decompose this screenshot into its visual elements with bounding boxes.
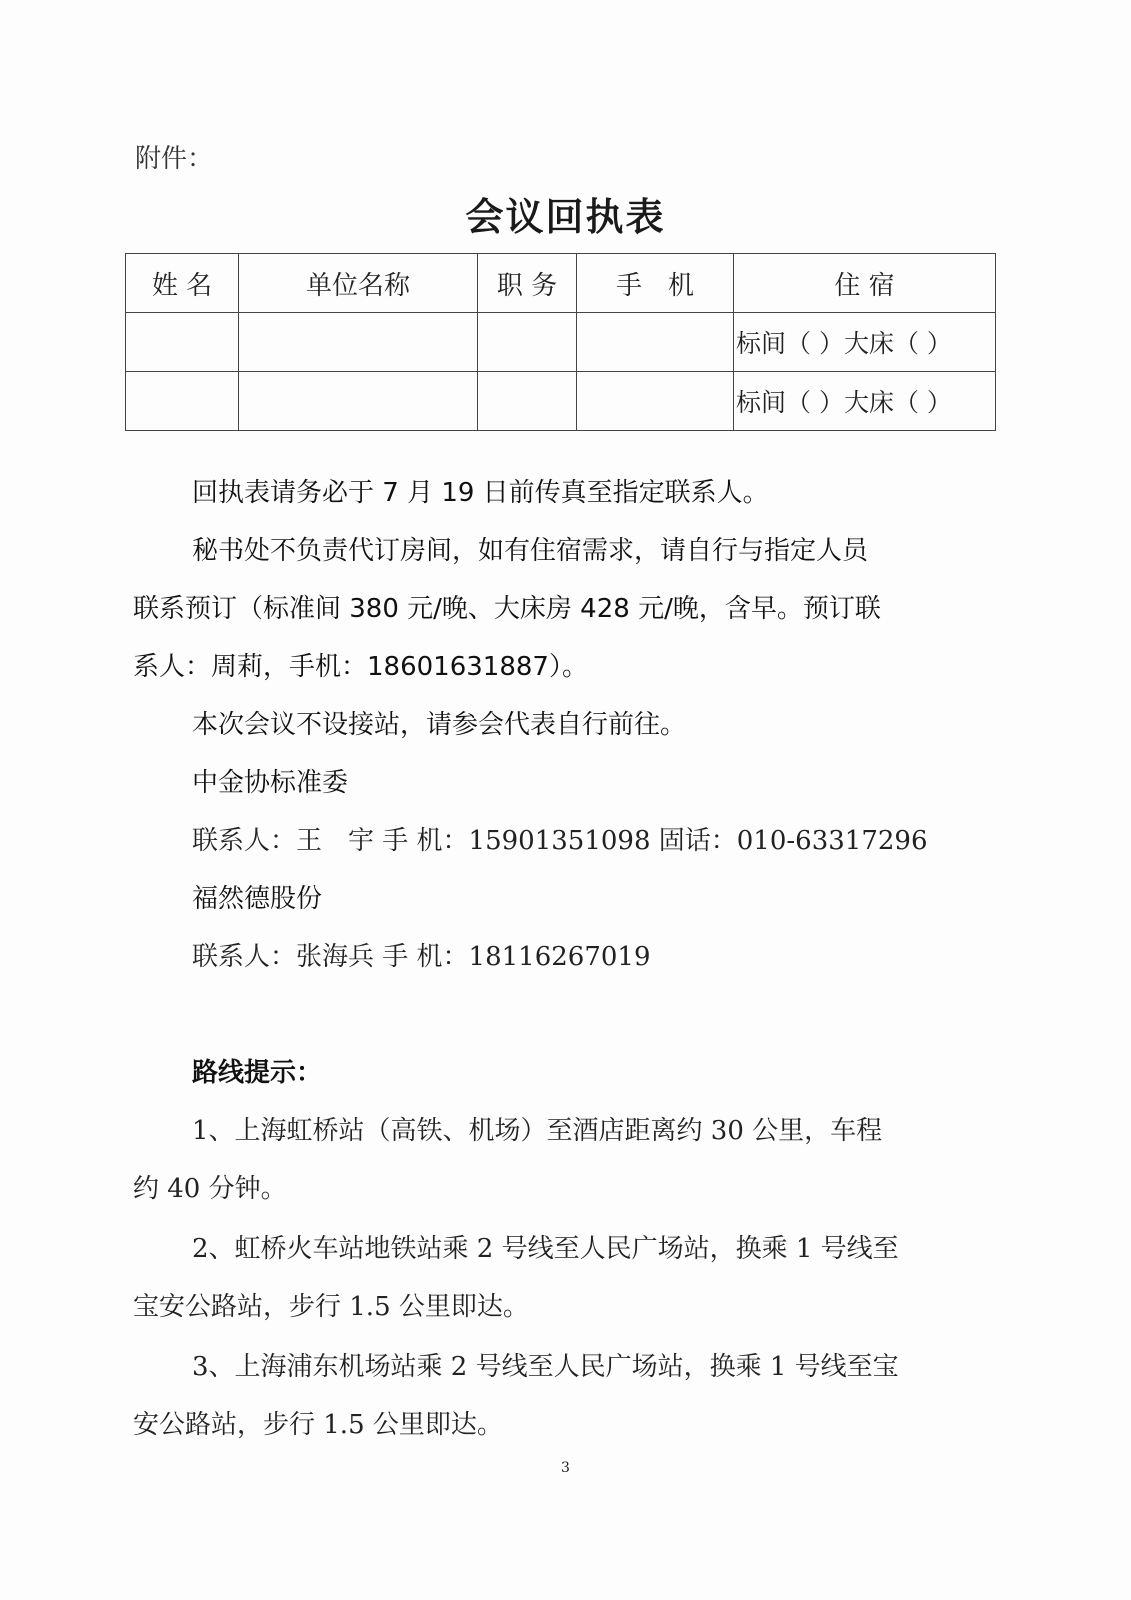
route-heading: 路线提示： [192, 1052, 322, 1089]
cell-mobile[interactable] [577, 372, 734, 431]
cell-accommodation[interactable]: 标间（ ）大床（ ） [734, 372, 996, 431]
cell-organization[interactable] [239, 313, 478, 372]
cell-name[interactable] [126, 372, 239, 431]
booking-note-line3: 系人：周莉，手机：18601631887）。 [133, 646, 588, 683]
contact-org-2: 福然德股份 [192, 878, 322, 915]
column-header-accommodation: 住 宿 [734, 254, 996, 313]
contact-org-1: 中金协标准委 [192, 762, 348, 799]
page-title: 会议回执表 [0, 186, 1131, 241]
route-item-3-line2: 安公路站，步行 1.5 公里即达。 [133, 1404, 503, 1441]
cell-accommodation[interactable]: 标间（ ）大床（ ） [734, 313, 996, 372]
route-item-2-line1: 2、虹桥火车站地铁站乘 2 号线至人民广场站，换乘 1 号线至 [192, 1228, 899, 1265]
table-row: 标间（ ）大床（ ） [126, 313, 996, 372]
deadline-note: 回执表请务必于 7 月 19 日前传真至指定联系人。 [192, 472, 769, 509]
column-header-mobile: 手 机 [577, 254, 734, 313]
cell-name[interactable] [126, 313, 239, 372]
cell-position[interactable] [478, 372, 577, 431]
column-header-name: 姓 名 [126, 254, 239, 313]
no-pickup-note: 本次会议不设接站，请参会代表自行前往。 [192, 704, 686, 741]
column-header-organization: 单位名称 [239, 254, 478, 313]
route-item-3-line1: 3、上海浦东机场站乘 2 号线至人民广场站，换乘 1 号线至宝 [192, 1346, 899, 1383]
page-number: 3 [0, 1460, 1131, 1476]
booking-note-line1: 秘书处不负责代订房间，如有住宿需求，请自行与指定人员 [192, 530, 868, 567]
route-item-1-line1: 1、上海虹桥站（高铁、机场）至酒店距离约 30 公里，车程 [192, 1110, 882, 1147]
table-header-row: 姓 名 单位名称 职 务 手 机 住 宿 [126, 254, 996, 313]
attachment-label: 附件： [135, 138, 213, 175]
receipt-table: 姓 名 单位名称 职 务 手 机 住 宿 标间（ ）大床（ ） 标间（ ）大床（… [125, 253, 996, 431]
booking-note-line2: 联系预订（标准间 380 元/晚、大床房 428 元/晚，含早。预订联 [133, 588, 881, 625]
cell-organization[interactable] [239, 372, 478, 431]
cell-mobile[interactable] [577, 313, 734, 372]
table-row: 标间（ ）大床（ ） [126, 372, 996, 431]
contact-line-1: 联系人：王 宇 手 机：15901351098 固话：010-63317296 [192, 820, 928, 857]
route-item-2-line2: 宝安公路站，步行 1.5 公里即达。 [133, 1286, 529, 1323]
column-header-position: 职 务 [478, 254, 577, 313]
contact-line-2: 联系人：张海兵 手 机：18116267019 [192, 936, 651, 973]
cell-position[interactable] [478, 313, 577, 372]
route-item-1-line2: 约 40 分钟。 [133, 1168, 287, 1205]
